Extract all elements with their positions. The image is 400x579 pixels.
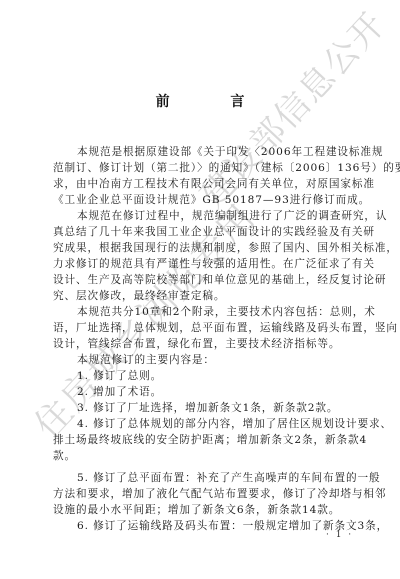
text-line: 《工业企业总平面设计规范》GB 50187—93进行修订而成。	[53, 192, 389, 208]
text-line: 本规范共分10章和2个附录，主要技术内容包括：总则，术	[53, 304, 389, 320]
text-line: 真总结了几十年来我国工业企业总平面设计的实践经验及有关研	[53, 224, 389, 240]
list-item: 3. 修订了厂址选择，增加新条文1条，新条款2款。	[53, 400, 389, 416]
text-line: 本规范在修订过程中，规范编制组进行了广泛的调查研究，认	[53, 208, 389, 224]
text-line: 语，厂址选择，总体规划，总平面布置，运输线路及码头布置，竖向	[53, 320, 389, 336]
text-line: 本规范修订的主要内容是：	[53, 352, 389, 368]
list-item: 1. 修订了总则。	[53, 368, 389, 384]
list-item: 2. 增加了术语。	[53, 384, 389, 400]
text-line: 求，由中冶南方工程技术有限公司会同有关单位，对原国家标准	[53, 176, 389, 192]
text-line: 设计、生产及高等院校等部门和单位意见的基础上，经反复讨论研	[53, 272, 389, 288]
preface-body: 本规范是根据原建设部《关于印发〈2006年工程建设标准规 范制订、修订计划（第二…	[53, 144, 389, 534]
text-line: 究、层次修改，最终经审查定稿。	[53, 288, 389, 304]
list-item: 5. 修订了总平面布置：补充了产生高噪声的车间布置的一般	[53, 470, 389, 486]
list-item: 4. 修订了总体规划的部分内容，增加了居住区规划设计要求、	[53, 416, 389, 432]
page-number: · 1 ·	[326, 530, 353, 540]
page-title: 前 言	[0, 91, 400, 111]
text-line: 设计，管线综合布置，绿化布置，主要技术经济指标等。	[53, 336, 389, 352]
text-line: 设施的最小水平间距；增加了新条文6条，新条款14款。	[53, 502, 389, 518]
text-line: 力求修订的规范具有严谨性与较强的适用性。在广泛征求了有关	[53, 256, 389, 272]
text-line: 方法和要求，增加了液化气配气站布置要求，修订了冷却塔与相邻	[53, 486, 389, 502]
text-line: 究成果，根据我国现行的法规和制度，参照了国内、国外相关标准，	[53, 240, 389, 256]
text-line: 排土场最终坡底线的安全防护距离；增加新条文2条，新条款4	[53, 432, 389, 448]
text-line: 范制订、修订计划（第二批）〉的通知》（建标〔2006〕136号）的要	[53, 160, 389, 176]
text-line: 本规范是根据原建设部《关于印发〈2006年工程建设标准规	[53, 144, 389, 160]
text-line: 款。	[53, 448, 389, 464]
